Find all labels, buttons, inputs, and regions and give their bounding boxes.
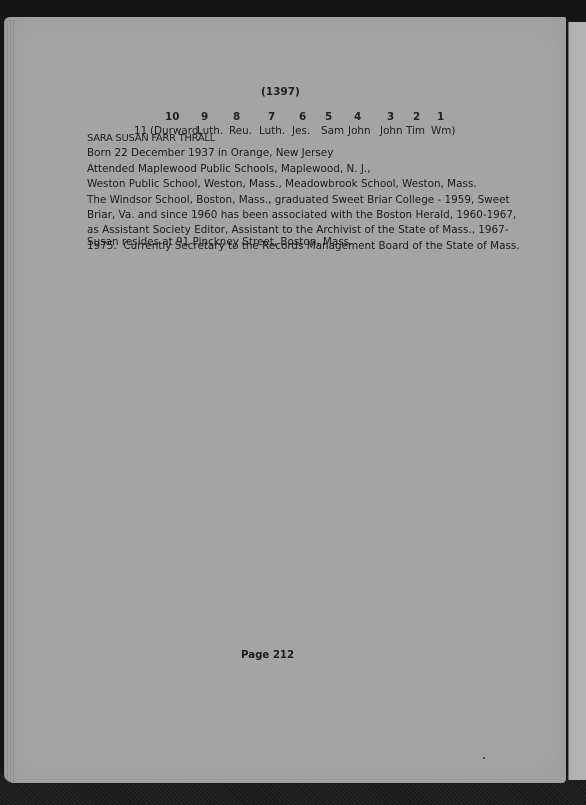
page-text: (1397) 10 9 8 7 6 5 4 3 2 1 11 (Durward,… — [0, 0, 586, 805]
biography-line: Attended Maplewood Public Schools, Maple… — [87, 162, 520, 177]
biography-line: The Windsor School, Boston, Mass., gradu… — [87, 193, 520, 208]
page-number: Page 212 — [241, 648, 294, 663]
document-number: (1397) — [261, 85, 300, 100]
residence-line: Susan resides at 91 Pinckney Street, Bos… — [87, 235, 352, 250]
biography-line: Born 22 December 1937 in Orange, New Jer… — [87, 146, 520, 161]
person-name: SARA SUSAN FARR THRALL — [87, 131, 520, 146]
scan-speck — [483, 757, 485, 759]
biography-line: Briar, Va. and since 1960 has been assoc… — [87, 208, 520, 223]
biography-line: Weston Public School, Weston, Mass., Mea… — [87, 177, 520, 192]
